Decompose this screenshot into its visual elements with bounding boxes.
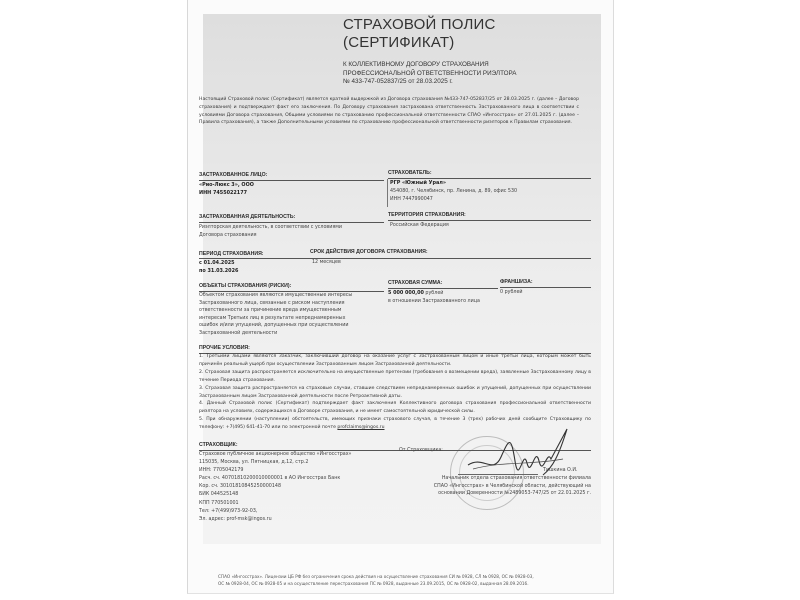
position-line: Начальник отдела страхования ответственн… bbox=[399, 475, 591, 483]
divider bbox=[199, 258, 591, 259]
sum-note: в отношении Застрахованного лица bbox=[388, 298, 480, 306]
insured-inn: ИНН 7455022177 bbox=[199, 190, 247, 198]
position-line: основании Доверенности №2489053-747/25 о… bbox=[399, 490, 591, 498]
activity-label: ЗАСТРАХОВАННАЯ ДЕЯТЕЛЬНОСТЬ: bbox=[199, 214, 295, 220]
deductible-label: ФРАНШИЗА: bbox=[500, 279, 533, 285]
position-line: СПАО «Ингосстрах» в Челябинской области,… bbox=[399, 483, 591, 491]
footer-line: ОС № 0928-04, ОС № 0928-05 и на осуществ… bbox=[218, 581, 598, 588]
objects-line: Застрахованного лица, связанные с риском… bbox=[199, 300, 384, 308]
subtitle-line-1: к коллективному договору страхования bbox=[343, 61, 517, 70]
insurer-line: Тел: +7(499)973-92-03, bbox=[199, 508, 352, 516]
insured-name: «Рио-Люкс 3», ООО bbox=[199, 182, 254, 190]
divider bbox=[388, 178, 591, 179]
objects-text: Объектом страхования являются имуществен… bbox=[199, 292, 384, 338]
condition-item: 4. Данный Страховой полис (Сертификат) п… bbox=[199, 400, 591, 416]
objects-line: интересам Третьих лиц в результате непре… bbox=[199, 315, 384, 323]
territory-label: ТЕРРИТОРИЯ СТРАХОВАНИЯ: bbox=[388, 212, 466, 218]
from-insurer-label: От Страховщика: bbox=[399, 447, 443, 455]
insured-label: ЗАСТРАХОВАННОЕ ЛИЦО: bbox=[199, 172, 267, 178]
period-from: с 01.04.2025 bbox=[199, 260, 235, 268]
vertical-divider bbox=[387, 179, 388, 207]
insurer-line: Страховое публичное акционерное общество… bbox=[199, 451, 352, 459]
policyholder-label: СТРАХОВАТЕЛЬ: bbox=[388, 170, 432, 176]
deductible-value: 0 рублей bbox=[500, 289, 523, 297]
subtitle-line-3: № 433-747-052837/25 от 28.03.2025 г. bbox=[343, 78, 517, 87]
activity-line-2: Договора страхования bbox=[199, 232, 257, 240]
objects-label: ОБЪЕКТЫ СТРАХОВАНИЯ (РИСКИ): bbox=[199, 283, 291, 289]
divider bbox=[500, 287, 591, 288]
objects-line: Застрахованной деятельности bbox=[199, 330, 384, 338]
conditions-label: ПРОЧИЕ УСЛОВИЯ: bbox=[199, 345, 250, 351]
insurer-details: Страховое публичное акционерное общество… bbox=[199, 451, 352, 524]
sum-value: 5 000 000,00 рублей bbox=[388, 290, 443, 298]
objects-line: ответственности за причинение вреда имущ… bbox=[199, 307, 384, 315]
insurer-line: Расч. сч. 40701810200010000001 в АО Инго… bbox=[199, 475, 352, 483]
insurer-line: БИК 044525148 bbox=[199, 491, 352, 499]
territory-value: Российская Федерация bbox=[390, 222, 449, 230]
sum-currency: рублей bbox=[425, 291, 443, 296]
document-title: СТРАХОВОЙ ПОЛИС (СЕРТИФИКАТ) bbox=[343, 16, 496, 52]
policyholder-address: 454080, г. Челябинск, пр. Ленина, д. 89,… bbox=[390, 188, 517, 196]
insurer-line: Кор. сч. 30101810845250000148 bbox=[199, 483, 352, 491]
title-line-1: СТРАХОВОЙ ПОЛИС bbox=[343, 16, 496, 34]
divider bbox=[199, 180, 384, 181]
term-label: СРОК ДЕЙСТВИЯ ДОГОВОРА СТРАХОВАНИЯ: bbox=[310, 249, 428, 255]
divider bbox=[199, 222, 384, 223]
insurer-line: Эл. адрес: prof-msk@ingos.ru bbox=[199, 516, 352, 524]
objects-line: Объектом страхования являются имуществен… bbox=[199, 292, 384, 300]
policyholder-name: РГР «Южный Урал» bbox=[390, 180, 446, 188]
footer-line: СПАО «Ингосстрах». Лицензии ЦБ РФ без ог… bbox=[218, 574, 598, 581]
period-label: ПЕРИОД СТРАХОВАНИЯ: bbox=[199, 251, 264, 257]
term-value: 12 месяцев bbox=[312, 259, 341, 267]
divider bbox=[388, 288, 498, 289]
title-line-2: (СЕРТИФИКАТ) bbox=[343, 34, 496, 52]
condition-item: 2. Страховая защита распространяется иск… bbox=[199, 369, 591, 385]
sum-label: СТРАХОВАЯ СУММА: bbox=[388, 280, 442, 286]
insurance-certificate-page: СТРАХОВОЙ ПОЛИС (СЕРТИФИКАТ) к коллектив… bbox=[187, 0, 614, 594]
insurer-line: 115035, Москва, ул. Пятницкая, д.12, стр… bbox=[199, 459, 352, 467]
subtitle-line-2: профессиональной ответственности риэлтор… bbox=[343, 70, 517, 79]
insurer-line: КПП 770501001 bbox=[199, 500, 352, 508]
objects-line: ошибок и/или упущений, допущенных при ос… bbox=[199, 322, 384, 330]
insurer-line: ИНН: 7705042179 bbox=[199, 467, 352, 475]
condition-item: 1. Третьими лицами являются Заказчик, за… bbox=[199, 353, 591, 369]
period-to: по 31.03.2026 bbox=[199, 268, 238, 276]
intro-paragraph: Настоящий Страховой полис (Сертификат) я… bbox=[199, 96, 579, 127]
signer-position: Начальник отдела страхования ответственн… bbox=[399, 475, 591, 498]
claims-email-link[interactable]: profclaims@ingos.ru bbox=[337, 425, 384, 430]
license-footer: СПАО «Ингосстрах». Лицензии ЦБ РФ без ог… bbox=[218, 574, 598, 587]
activity-line-1: Риэлторская деятельность, в соответствии… bbox=[199, 224, 342, 232]
signer-name: Тишкина О.И. bbox=[543, 467, 577, 475]
policyholder-inn: ИНН 7447990047 bbox=[390, 196, 433, 204]
divider bbox=[388, 220, 591, 221]
conditions-list: 1. Третьими лицами являются Заказчик, за… bbox=[199, 353, 591, 432]
document-subtitle: к коллективному договору страхования про… bbox=[343, 61, 517, 87]
condition-item: 3. Страховая защита распространяется на … bbox=[199, 385, 591, 401]
insurer-label: СТРАХОВЩИК: bbox=[199, 442, 238, 448]
sum-amount: 5 000 000,00 bbox=[388, 290, 424, 296]
